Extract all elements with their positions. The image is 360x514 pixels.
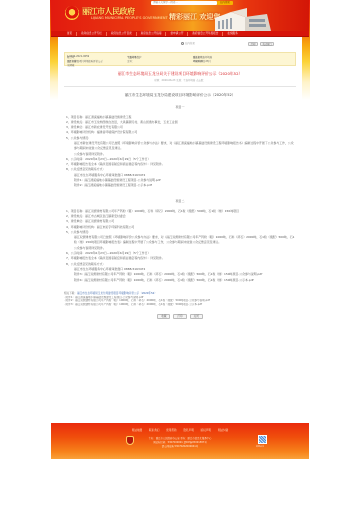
favorite-button[interactable]: 收藏 <box>157 314 170 319</box>
nav-item-annual-report[interactable]: 政府信息公开年度报告 <box>188 32 223 36</box>
public-participation-paragraph: 丽江市新农建设开发有限公司已按照《环境影响评价公众参与办法》要求，对《丽江清溪福… <box>64 141 296 152</box>
section-heading: 项目一 <box>64 105 296 109</box>
nav-item-disclosure-guide[interactable]: 政府信息公开指南 <box>137 32 167 36</box>
building-illustration-icon <box>211 8 273 31</box>
date-label: 生成日期： <box>193 59 205 63</box>
nav-item-online-service[interactable]: 在线服务 <box>223 32 241 36</box>
main-content: 站内检索 打印 关闭窗口 索引号：lj-0032-2021-0059 主题分类：… <box>58 37 302 417</box>
footer-link[interactable]: 联系我们 <box>149 429 159 432</box>
footer-links: 网站地图 联系我们 使用帮助 隐私声明 版权声明 网站纠错 <box>51 428 309 432</box>
doc-no-label: 文号： <box>127 59 134 63</box>
divider <box>64 86 296 87</box>
section-project-1: 项目一 1、项目名称：丽江清溪福地小镇基础设施建设工程 2、建设地点：丽江市玉龙… <box>64 105 296 189</box>
related-downloads: 相关下载：丽江市生态环境局玉龙分局建设项目环境影响评价公示（2020年52） ·… <box>64 292 296 307</box>
section-project-2: 项目二 1、项目名称：丽江双源建材有限公司年产钙粉（粗）1000吨、石料（碎石）… <box>64 199 296 283</box>
header-search-button[interactable]: 站内搜索 <box>217 1 233 5</box>
download-item[interactable]: · 附件3：丽江双源建材有限公司年产钙粉（粗）1000吨、石料（碎石）2000吨… <box>64 303 296 307</box>
footer-link[interactable]: 使用帮助 <box>166 429 176 432</box>
keywords-label: 关键词： <box>67 63 77 67</box>
public-participation-paragraph: 丽江双源建材有限公司已按照《环境影响评价公众参与办法》要求，对《丽江双源建材有限… <box>64 235 296 246</box>
close-page-button[interactable]: 关闭 <box>190 314 203 319</box>
document-title: 丽江市生态环境局玉龙分局关于建设项目环境影响评价公示（2020年52） <box>64 71 296 77</box>
document-info-box: 索引号：lj-0032-2021-0059 主题分类：生态环境保护 发布机构：丽… <box>64 52 296 66</box>
nav-item-home[interactable]: 首页 <box>63 32 77 36</box>
download-item-label[interactable]: 附件1：丽江清溪福地小镇基础设施建设工程项目-公众参与说明.pdf <box>66 296 144 299</box>
close-window-button[interactable]: 关闭窗口 <box>260 42 274 46</box>
attachment-link[interactable]: 附件2：丽江清溪福地小镇基础设施建设工程项目-公示本.pdf <box>64 183 296 188</box>
national-emblem-icon <box>65 6 79 20</box>
footer-link[interactable]: 隐私声明 <box>183 429 193 432</box>
document-subtitle: 丽江市生态环境局玉龙分局建设项目环境影响评价公示（2020年52） <box>64 93 296 98</box>
footer-police-record[interactable]: 滇公网安备 53070202000041号 <box>51 444 309 448</box>
page-wrapper: 丽江市人民政府 LIJIANG MUNICIPAL PEOPLE'S GOVER… <box>51 0 309 417</box>
footer-link[interactable]: 网站纠错 <box>218 429 228 432</box>
header-search-input[interactable]: 请输入关键字...搜索... <box>151 1 217 5</box>
related-downloads-label: 相关下载： <box>64 292 77 295</box>
print-button[interactable]: 打印 <box>248 42 258 46</box>
nav-item-disclosure-catalog[interactable]: 政府信息公开目录 <box>107 32 137 36</box>
footer-link[interactable]: 网站地图 <box>132 429 142 432</box>
search-icon <box>181 42 184 45</box>
nav-item-disclosure-column[interactable]: 政务信息公开专栏 <box>77 32 107 36</box>
site-footer: 网站地图 联系我们 使用帮助 隐私声明 版权声明 网站纠错 主办：丽江市人民政府… <box>51 423 309 459</box>
footer-link[interactable]: 版权声明 <box>201 429 211 432</box>
print-page-button[interactable]: 打印 <box>173 314 186 319</box>
action-buttons: 收藏 打印 关闭 <box>64 314 296 319</box>
attachment-link[interactable]: 附件4：丽江双源建材有限公司年产钙粉（粗）1000吨、石料（碎石）2000吨、石… <box>64 278 296 283</box>
content-search-input[interactable]: 站内检索 <box>185 41 219 46</box>
download-item-label[interactable]: 附件3：丽江双源建材有限公司年产钙粉（粗）1000吨、石料（碎石）2000吨、石… <box>66 303 202 306</box>
document-meta: 时间：2020-06-23 来源：生态环境局 点击数： <box>64 78 296 82</box>
nav-item-apply-disclosure[interactable]: 依申请公开 <box>166 32 188 36</box>
qr-code-icon <box>258 435 267 444</box>
section-heading: 项目二 <box>64 199 296 203</box>
site-subtitle: LIJIANG MUNICIPAL PEOPLE'S GOVERNMENT <box>91 16 168 20</box>
site-header: 丽江市人民政府 LIJIANG MUNICIPAL PEOPLE'S GOVER… <box>51 0 309 31</box>
qr-code-label: 扫码关注 <box>256 445 264 448</box>
content-search-row: 站内检索 打印 关闭窗口 <box>64 37 296 52</box>
related-download-link[interactable]: 丽江市生态环境局玉龙分局建设项目环境影响评价公示（2020年52） <box>77 292 157 295</box>
download-item-label[interactable]: 附件2：丽江双源建材有限公司年产钙粉（粗）1000吨、石料（碎石）2000吨、石… <box>66 299 210 302</box>
attachment-link[interactable]: 附件3：丽江双源建材有限公司年产钙粉（粗）1000吨、石料（碎石）2000吨、石… <box>64 272 296 277</box>
